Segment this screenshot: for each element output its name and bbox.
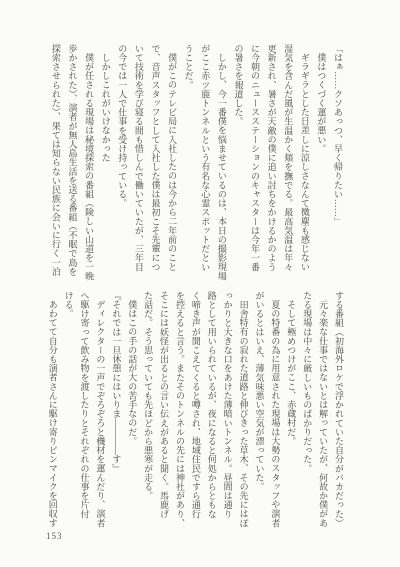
text-line: そして極めつけがここ、赤蔵村だ。 bbox=[282, 291, 298, 552]
text-line: しかし、今一番僕を悩ませているのは、本日の撮影現場 bbox=[213, 44, 230, 291]
text-line: たる現場は中々に厳しいものばかりだった。 bbox=[298, 291, 314, 543]
text-line: 僕が任される現場は秘境探索の番組（険しい山道を一晩 bbox=[81, 44, 98, 291]
text-line: ギラギラとした日差しに涼しさなんて微塵も感じない bbox=[296, 44, 313, 291]
text-line: 僕はこの手の話が大の苦手なのだ。 bbox=[123, 291, 139, 552]
text-line: 探索させられた）、果ては知らない民族に会いに行く一泊 bbox=[47, 44, 64, 282]
text-line: 更新され、暑さが天敵の僕に追い討ちをかけるかのよう bbox=[263, 44, 280, 282]
text-line: 元々楽な仕事ではないとは解っていたが、何故か僕があ bbox=[314, 291, 330, 552]
text-line: 『それでは一旦休憩にはいりま――――す』 bbox=[107, 291, 123, 543]
text-line: 僕がこのテレビ局に入社したのは今から二年前のこと bbox=[163, 44, 180, 291]
text-line: 路として用いられているが、夜になると何処からともな bbox=[203, 291, 219, 543]
text-line: しかしこれがいけなかった bbox=[97, 44, 114, 291]
text-line: いて技術を学び寝る間も惜しんで働いていたが、三年目 bbox=[130, 44, 147, 282]
book-page: 「はぁ……クソあっつ、早く帰りたい……」僕はつくづく運が悪い。ギラギラとした日差… bbox=[0, 0, 400, 567]
text-line: に今朝のニュースステーションのキャスターは今年一番 bbox=[246, 44, 263, 282]
text-line: っかりと大きな口をあけた薄暗いトンネル。昼間は通り bbox=[219, 291, 235, 543]
text-line: た話だ。そう思っていても先ほどから悪寒が走る。 bbox=[139, 291, 155, 543]
text-line: の暑さを報道した。 bbox=[230, 44, 247, 282]
text-line: 「はぁ……クソあっつ、早く帰りたい……」 bbox=[329, 44, 346, 282]
text-line: 夏の特番の為に用意された現場は大勢のスタッフや演者 bbox=[266, 291, 282, 552]
text-line: 田舎特有の寂れた道路と伸びきった草木、その先にはぽ bbox=[235, 291, 251, 552]
text-line: で、音声スタッフとして入社した僕は最初こそ先輩につ bbox=[147, 44, 164, 282]
text-line: の今では一人で仕事を受け持っている。 bbox=[114, 44, 131, 282]
text-line: へ駆け寄って飲み物を渡したりとそれぞれの仕事を片付 bbox=[76, 291, 92, 543]
text-line: ける。 bbox=[60, 291, 76, 543]
text-line: あわてて自分も演者さんに駆け寄りピンマイクを回収す bbox=[44, 291, 60, 552]
text-line: 僕はつくづく運が悪い。 bbox=[313, 44, 330, 291]
text-line: する番組（初海外ロケで浮かれていた自分がバカだった） bbox=[330, 291, 346, 543]
text-band-bottom: する番組（初海外ロケで浮かれていた自分がバカだった）元々楽な仕事ではないとは解っ… bbox=[40, 291, 346, 543]
text-band-top: 「はぁ……クソあっつ、早く帰りたい……」僕はつくづく運が悪い。ギラギラとした日差… bbox=[44, 44, 346, 282]
text-line: を控えると言う。またそのトンネルの先には神社があり、 bbox=[171, 291, 187, 543]
text-line: うことだ。 bbox=[180, 44, 197, 282]
text-line: がいるとはいえ、薄気味悪い空気が漂っていた。 bbox=[251, 291, 267, 543]
text-line: ディレクターの一声でぞろぞろと機材を運んだり、演者 bbox=[92, 291, 108, 552]
text-line: 湿気を含んだ風が生温かく頬を撫でる。最高気温は年々 bbox=[280, 44, 297, 282]
text-line: がここ赤ツ鹿トンネルという有名な心霊スポットだとい bbox=[197, 44, 214, 282]
page-number: 153 bbox=[46, 531, 63, 541]
text-line: く啼き声が聞こえてくると噂され、地域住民ですら通行 bbox=[187, 291, 203, 543]
text-line: そこには妖怪が出るとの言い伝えがあると聞く。馬鹿げ bbox=[155, 291, 171, 543]
text-line: 歩かされた）、演者が無人島生活を送る番組（不眠で島を bbox=[64, 44, 81, 282]
